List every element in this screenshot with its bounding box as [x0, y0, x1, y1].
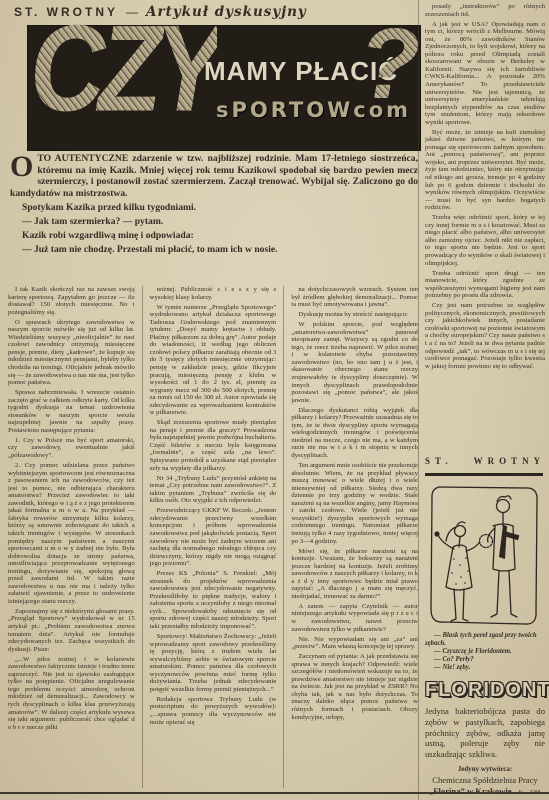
dialogue-line: Spotykam Kazika przed kilku tygodniami. [10, 202, 418, 214]
dialogue-line: Kazik robi wzgardliwą minę i odpowiada: [10, 230, 418, 242]
article-paragraph: Zapoznajmy się z niektórymi głosami pras… [8, 608, 135, 653]
article-paragraph: 1. Czy w Polsce ma być sport amatorski, … [8, 437, 135, 460]
caption-line: — Co? Perły? [425, 656, 545, 664]
ad-body-text: Jedyna bakteriobójcza pasta do zębów w p… [425, 706, 545, 760]
newspaper-page: ST. WROTNY — Artykuł dyskusyjny CZY MAMY… [0, 0, 549, 800]
article-paragraph: Trzeba odróżnić sport drugi — ten mianow… [425, 270, 545, 300]
article-paragraph: Nr 34 „Trybuny Ludu” przyniósł ankietę n… [150, 475, 277, 505]
ad-maker-line1: Chemiczna Spółdzielnia Pracy [425, 775, 545, 785]
article-paragraph: 2. Czy pomoc udzielana przez państwo wyb… [8, 462, 135, 605]
article-paragraph: W tymże numerze „Przeglądu Sportowego” w… [150, 304, 277, 417]
article-paragraph: „...W piłce nożnej i w kolarstwie zawodo… [8, 656, 135, 731]
right-column: posady „instruktorów” po różnych zrzesze… [418, 0, 545, 800]
ad-maker-label: Jedyny wytwórca: [425, 765, 545, 773]
article-paragraph: I tak Kazik skończył raz na zawsze swoją… [8, 286, 135, 316]
column-3: na dotychczasowych wzorach. System ten b… [283, 286, 418, 788]
ad-brand-floridont: FLORIDONT [425, 679, 545, 702]
dialogue-line: — Już tam nie chodzę. Przestali mi płaci… [10, 244, 418, 256]
cartoon-caption: — Blask tych pereł zgasł przy twoich zęb… [425, 632, 545, 672]
article-paragraph: Dlaczego dyskutanci robią wyjątek dla pi… [291, 407, 418, 460]
drop-cap: O [10, 154, 33, 179]
article-paragraph: W polskim sporcie, pod względem „amators… [291, 321, 418, 404]
ad-maker-line2: „Florina” w Krakowie [429, 786, 512, 796]
article-paragraph: A jak jest w USA? Opowiadają nam o tym c… [425, 21, 545, 127]
article-paragraph: Zaczynam od pytania: A jak przedstawia s… [291, 653, 418, 721]
article-paragraph: Trzeba więc odróżnić sport, który w tej … [425, 214, 545, 267]
caption-line: — Blask tych pereł zgasł przy twoich zęb… [425, 632, 545, 648]
headline-question-mark: ? [359, 14, 420, 114]
article-paragraph: O sprawach ukrytego zawodowstwa w naszym… [8, 319, 135, 387]
caption-line: — Nie! zęby. [425, 664, 545, 672]
cartoon-illustration [427, 481, 543, 631]
article-paragraph: posady „instruktorów” po różnych zrzesze… [425, 3, 545, 18]
article-paragraph: A zatem — zapyta Czytelnik — autor ninie… [291, 603, 418, 633]
article-paragraph: Redakcja sportowa Trybuny Ludu (w postsc… [150, 696, 277, 726]
article-paragraph: Nie. Nie wypowiadam się ani „za” ani „pr… [291, 636, 418, 651]
article-paragraph: Sportowcy: Małżeństwo Żochowscy: „Jeżeli… [150, 633, 277, 693]
article-paragraph: Dyskusję można by streścić następująco: [291, 311, 418, 319]
article-paragraph: Mówi się, że piłkarze narażeni są na kon… [291, 548, 418, 601]
intro-block: OTO AUTENTYCZNE zdarzenie w tzw. najbliż… [10, 153, 418, 256]
article-paragraph: na dotychczasowych wzorach. System ten b… [291, 286, 418, 309]
headline-word-czy: CZY [30, 8, 217, 131]
intro-lead: TO AUTENTYCZNE zdarzenie w tzw. najbliżs… [10, 153, 418, 199]
column-2: nożnej. Publiczność c i e s z y się z wy… [142, 286, 277, 788]
ad-maker-row: „Florina” w Krakowie K—588 [425, 786, 545, 796]
article-paragraph: Czy jest nam potrzebne ze względów polit… [425, 302, 545, 370]
article-paragraph: Być może, że istnieje na kuli ziemskiej … [425, 129, 545, 212]
page-bottom-rule [0, 792, 549, 794]
intro-dialogue: Spotykam Kazika przed kilku tygodniami.—… [10, 202, 418, 256]
article-paragraph: Przewodniczący GKKF W. Reczek: „Jestem z… [150, 507, 277, 567]
article-columns: I tak Kazik skończył raz na zawsze swoją… [8, 286, 418, 788]
article-paragraph: Sprawa nabrzmiewała. I wreszcie ostatnio… [8, 389, 135, 434]
article-paragraph: Ten argument mnie osobiście nie przekonu… [291, 462, 418, 545]
article-paragraph: nożnej. Publiczność c i e s z y się z wy… [150, 286, 277, 301]
article-paragraph: Skąd zrzeszenia sportowe miały pieniądze… [150, 419, 277, 472]
right-column-text: posady „instruktorów” po różnych zrzesze… [425, 0, 545, 453]
author-signature: ST. WROTNY [425, 456, 545, 466]
dialogue-line: — Jak tam szermierka? — pytam. [10, 216, 418, 228]
section-divider [425, 473, 543, 476]
caption-line: — Czyszczę je Floridontem. [425, 648, 545, 656]
article-paragraph: Prezes KS „Polonia” S. Frenkiel: „Mój st… [150, 570, 277, 630]
column-1: I tak Kazik skończył raz na zawsze swoją… [8, 286, 135, 788]
headline-banner: CZY MAMY PŁACIĆ sPORTOWcom ? [28, 26, 420, 150]
